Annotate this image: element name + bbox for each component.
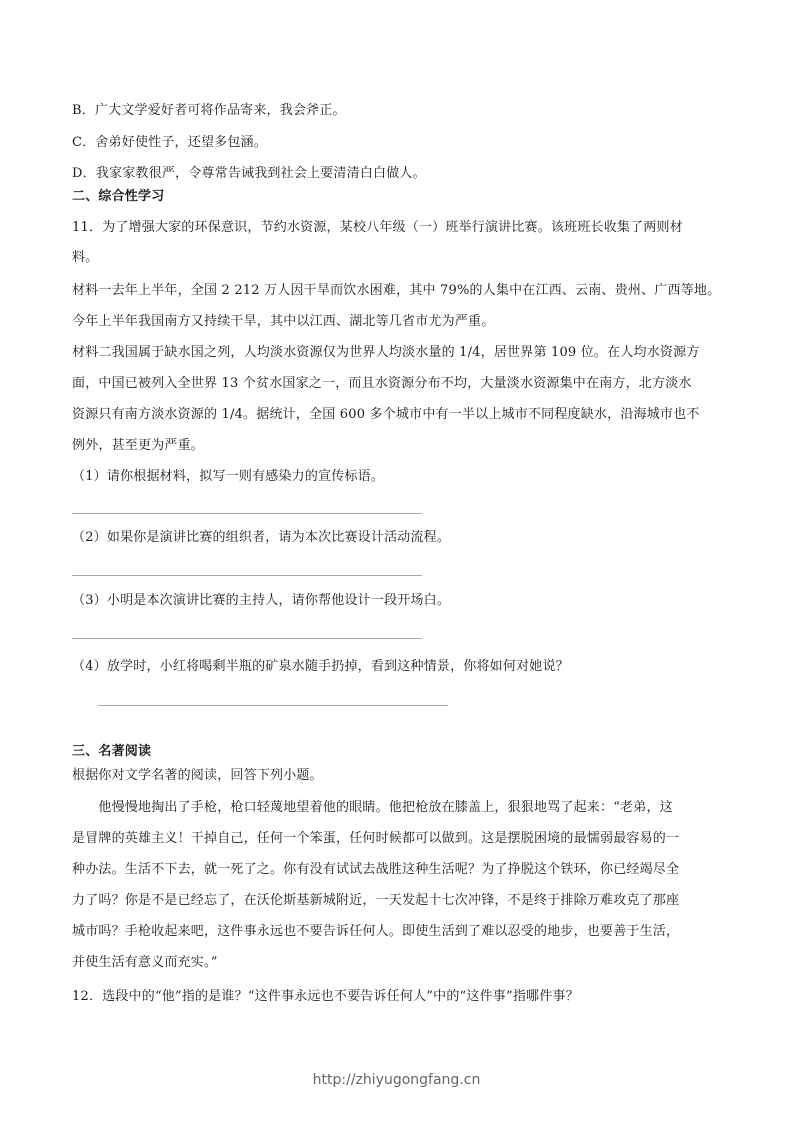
passage-line: 是冒牌的英雄主义！干掉自己，任何一个笨蛋，任何时候都可以做到。这是摆脱困境的最懦… bbox=[72, 831, 679, 847]
answer-line-4[interactable] bbox=[98, 705, 448, 706]
option-d: D．我家家教很严，令尊常告诫我到社会上要清清白白做人。 bbox=[72, 166, 426, 182]
passage-line: 他慢慢地掏出了手枪，枪口轻蔑地望着他的眼睛。他把枪放在膝盖上，狠狠地骂了起来：“… bbox=[72, 800, 673, 816]
material-2-line: 资源只有南方淡水资源的 1/4。据统计，全国 600 多个城市中有一半以上城市不… bbox=[72, 407, 700, 423]
footer-url[interactable]: http://zhiyugongfang.cn bbox=[0, 1072, 793, 1088]
section-heading-2: 二、综合性学习 bbox=[72, 189, 164, 205]
passage-line: 并使生活有意义而充实。” bbox=[72, 955, 218, 971]
material-1-line: 材料一去年上半年，全国 2 212 万人因干旱而饮水困难，其中 79%的人集中在… bbox=[72, 283, 720, 299]
section-heading-3: 三、名著阅读 bbox=[72, 744, 151, 760]
subquestion-1: （1）请你根据材料，拟写一则有感染力的宣传标语。 bbox=[72, 469, 384, 485]
question-12: 12．选段中的“他”指的是谁？“这件事永远也不要告诉任何人”中的“这件事”指哪件… bbox=[72, 989, 579, 1005]
question-11-line: 料。 bbox=[72, 250, 98, 266]
subquestion-2: （2）如果你是演讲比赛的组织者，请为本次比赛设计活动流程。 bbox=[72, 530, 450, 546]
answer-line-1[interactable] bbox=[72, 513, 422, 514]
answer-line-2[interactable] bbox=[72, 575, 422, 576]
passage-line: 力了吗？你是不是已经忘了，在沃伦斯基新城附近，一天发起十七次冲锋，不是终于排除万… bbox=[72, 893, 679, 909]
passage-line: 种办法。生活不下去，就一死了之。你有没有试试去战胜这种生活呢？为了挣脱这个铁环，… bbox=[72, 862, 679, 878]
passage-line: 城市吗？手枪收起来吧，这件事永远也不要告诉任何人。即使生活到了难以忍受的地步，也… bbox=[72, 924, 679, 940]
question-11-line: 11．为了增强大家的环保意识，节约水资源，某校八年级（一）班举行演讲比赛。该班班… bbox=[72, 220, 683, 236]
subquestion-4: （4）放学时，小红将喝剩半瓶的矿泉水随手扔掉，看到这种情景，你将如何对她说？ bbox=[72, 659, 569, 675]
material-2-line: 材料二我国属于缺水国之列，人均淡水资源仅为世界人均淡水量的 1/4，居世界第 1… bbox=[72, 345, 700, 361]
material-2-line: 面，中国已被列入全世界 13 个贫水国家之一，而且水资源分布不均，大量淡水资源集… bbox=[72, 376, 692, 392]
material-2-line: 例外，甚至更为严重。 bbox=[72, 438, 204, 454]
option-c: C．舍弟好使性子，还望多包涵。 bbox=[72, 135, 267, 151]
material-1-line: 今年上半年我国南方又持续干旱，其中以江西、湖北等几省市尤为严重。 bbox=[72, 314, 494, 330]
answer-line-3[interactable] bbox=[72, 638, 422, 639]
section-3-intro: 根据你对文学名著的阅读，回答下列小题。 bbox=[72, 768, 323, 784]
subquestion-3: （3）小明是本次演讲比赛的主持人，请你帮他设计一段开场白。 bbox=[72, 593, 450, 609]
option-b: B．广大文学爱好者可将作品寄来，我会斧正。 bbox=[72, 103, 346, 119]
